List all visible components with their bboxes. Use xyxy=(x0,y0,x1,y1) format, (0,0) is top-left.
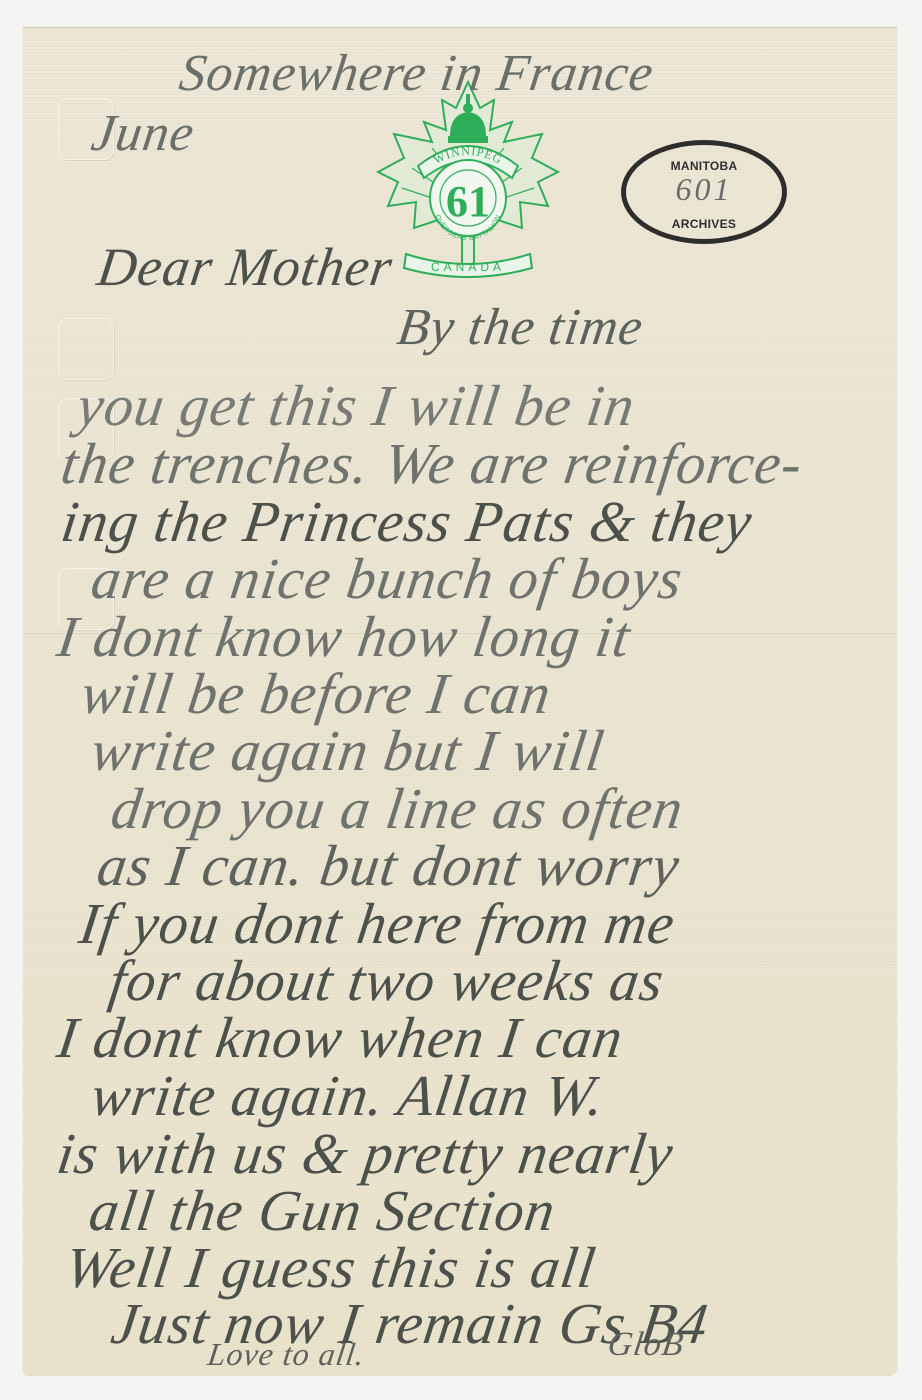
body-line: By the time xyxy=(394,298,647,357)
body-line: are a nice bunch of boys xyxy=(87,545,687,612)
body-line: write again but I will xyxy=(87,717,608,784)
crest-number: 61 xyxy=(446,177,490,226)
body-line: I dont know when I can xyxy=(53,1004,627,1071)
signature: GloB xyxy=(605,1326,686,1364)
closing: Love to all. xyxy=(205,1336,367,1373)
archive-stamp: MANITOBA 601 ARCHIVES xyxy=(621,140,787,244)
stamp-bottom-text: ARCHIVES xyxy=(626,217,782,231)
letter-date: June xyxy=(88,104,198,163)
salutation: Dear Mother xyxy=(94,236,397,298)
body-line: as I can. but dont worry xyxy=(93,832,684,899)
body-line: you get this I will be in xyxy=(73,372,639,439)
letter-place: Somewhere in France xyxy=(176,44,658,103)
body-line: the trenches. We are reinforce- xyxy=(57,430,807,497)
stamp-number: 601 xyxy=(626,171,782,208)
paper-emboss-mark xyxy=(58,318,114,380)
battalion-crest-icon: WINNIPEG OVERSEAS BATTALION 61 CANADA xyxy=(372,78,564,283)
svg-text:CANADA: CANADA xyxy=(431,260,505,274)
body-line: write again. Allan W. xyxy=(87,1062,609,1129)
